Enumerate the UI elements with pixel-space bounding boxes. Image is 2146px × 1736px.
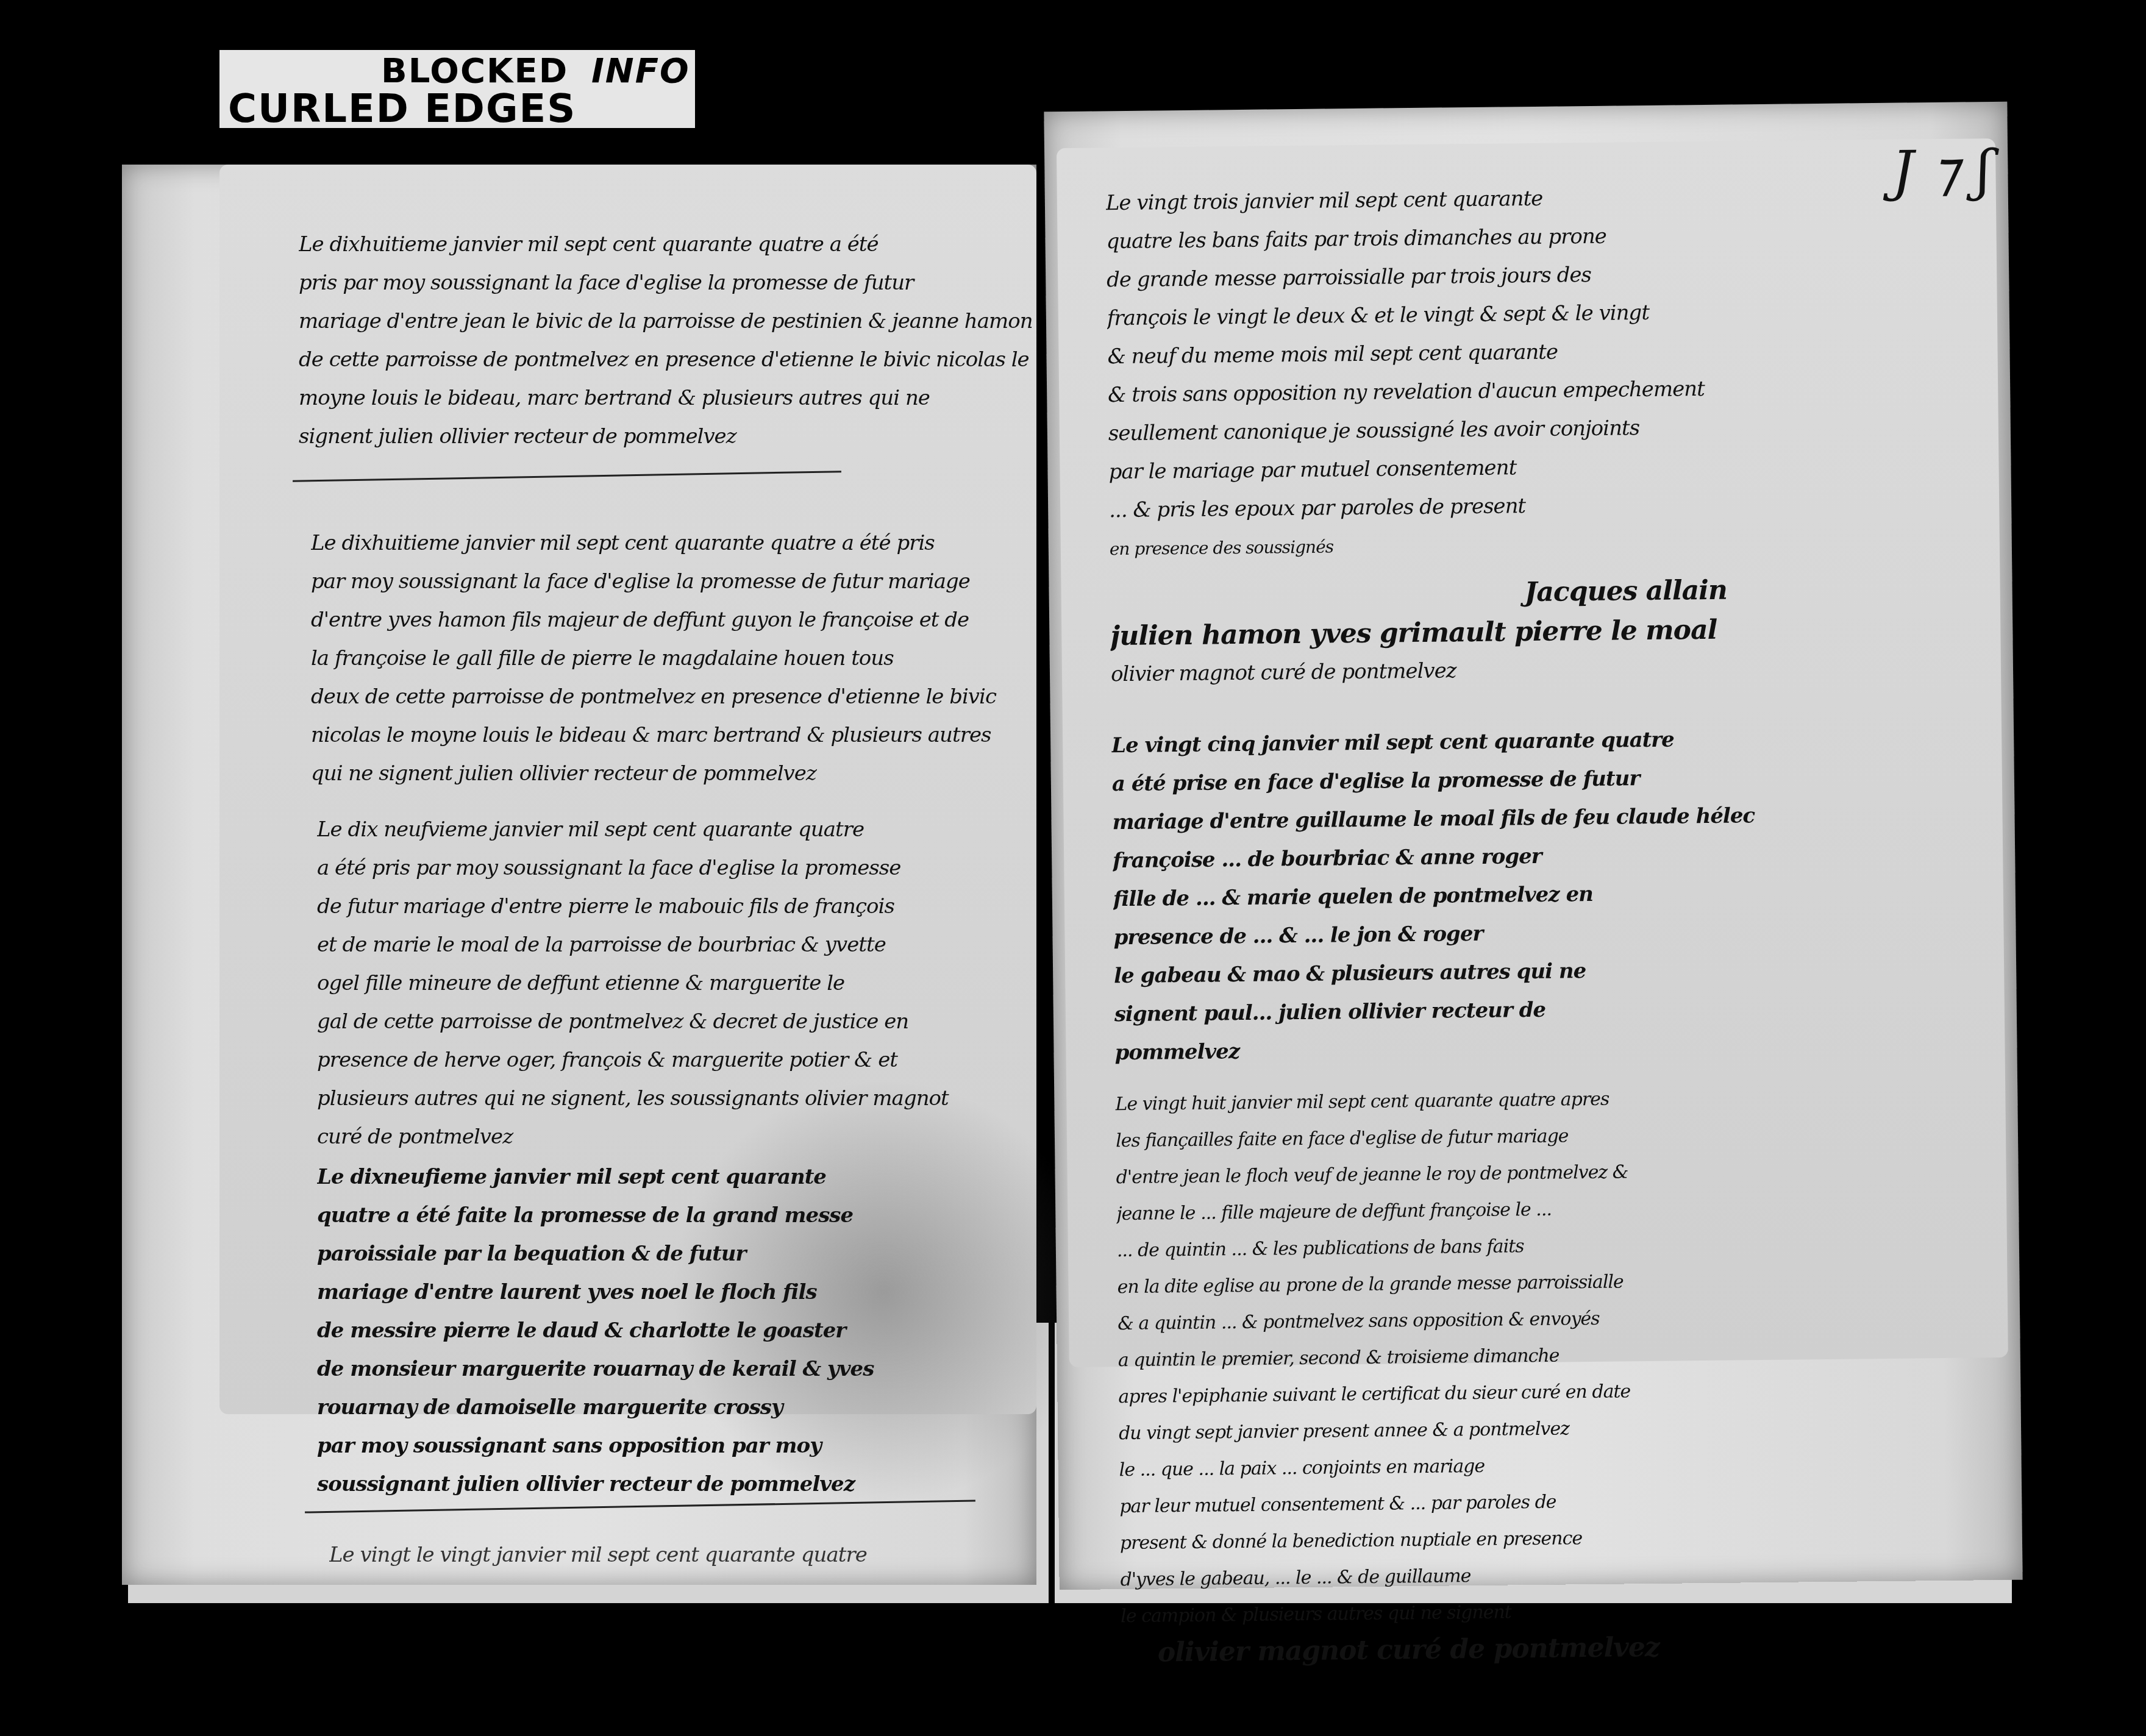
entry-line: ogel fille mineure de deffunt etienne & … [317, 964, 1110, 1003]
label-blocked: BLOCKED [381, 51, 568, 91]
right-page: J ⁊ ʃ Le vingt trois janvier mil sept ce… [1044, 102, 2022, 1590]
entry-line: plusieurs autres qui ne signent, les sou… [317, 1080, 1110, 1118]
entry-line: la françoise le gall fille de pierre le … [311, 639, 1103, 678]
right-entry-2: Le vingt cinq janvier mil sept cent quar… [1111, 718, 1969, 1073]
entry-line: gal de cette parroisse de pontmelvez & d… [317, 1003, 1110, 1041]
entry-line: d'entre yves hamon fils majeur de deffun… [311, 601, 1103, 639]
left-entry-2: Le dixhuitieme janvier mil sept cent qua… [311, 524, 1103, 793]
entry-line: Le vingt le vingt janvier mil sept cent … [329, 1536, 1030, 1574]
entry-line: et de marie le moal de la parroisse de b… [317, 926, 1110, 964]
left-entry-3: Le dix neufvieme janvier mil sept cent q… [317, 811, 1110, 1156]
entry-line: Le dix neufvieme janvier mil sept cent q… [317, 811, 1110, 849]
left-page: Le dixhuitieme janvier mil sept cent qua… [122, 165, 1036, 1585]
entry-line: presence de herve oger, françois & margu… [317, 1041, 1110, 1080]
right-entry-3: Le vingt huit janvier mil sept cent quar… [1115, 1077, 1987, 1671]
entry-line: Le dixneufieme janvier mil sept cent qua… [317, 1158, 1110, 1197]
label-curled-edges: CURLED EDGES [228, 87, 576, 132]
entry-line: soussignant julien ollivier recteur de p… [317, 1465, 1110, 1504]
right-entry-1-signatures-2: julien hamon yves grimault pierre le moa… [1110, 608, 1995, 694]
left-entry-1: Le dixhuitieme janvier mil sept cent qua… [299, 226, 1091, 456]
entry-line: signent julien ollivier recteur de pomme… [299, 418, 1091, 456]
entry-line: par moy soussignant sans opposition par … [317, 1427, 1110, 1465]
right-entry-1-signatures: Jacques allain [1280, 568, 2012, 614]
entry-line: Le dixhuitieme janvier mil sept cent qua… [299, 226, 1091, 264]
entry-line: de cette parroisse de pontmelvez en pres… [299, 341, 1091, 379]
label-info: INFO [591, 51, 690, 91]
entry-line: mariage d'entre jean le bivic de la parr… [299, 302, 1091, 341]
signature: Jacques allain [1280, 568, 2012, 614]
left-entry-5: Le vingt le vingt janvier mil sept cent … [329, 1536, 1030, 1574]
entry-line: paroissiale par la bequation & de futur [317, 1235, 1110, 1273]
entry-line: curé de pontmelvez [317, 1118, 1110, 1156]
entry-line: nicolas le moyne louis le bideau & marc … [311, 716, 1103, 755]
entry-line: qui ne signent julien ollivier recteur d… [311, 755, 1103, 793]
entry-line: Le dixhuitieme janvier mil sept cent qua… [311, 524, 1103, 563]
entry-line: de messire pierre le daud & charlotte le… [317, 1312, 1110, 1350]
entry-line: deux de cette parroisse de pontmelvez en… [311, 678, 1103, 716]
entry-line: de futur mariage d'entre pierre le mabou… [317, 888, 1110, 926]
entry-line: moyne louis le bideau, marc bertrand & p… [299, 379, 1091, 418]
entry-line: de monsieur marguerite rouarnay de kerai… [317, 1350, 1110, 1389]
entry-line: quatre a été faite la promesse de la gra… [317, 1197, 1110, 1235]
entry-line: a été pris par moy soussignant la face d… [317, 849, 1110, 888]
entry-line: mariage d'entre laurent yves noel le flo… [317, 1273, 1110, 1312]
left-entry-4: Le dixneufieme janvier mil sept cent qua… [317, 1158, 1110, 1504]
right-entry-1: Le vingt trois janvier mil sept cent qua… [1106, 176, 1964, 569]
entry-line: pris par moy soussignant la face d'eglis… [299, 264, 1091, 302]
entry-line: rouarnay de damoiselle marguerite crossy [317, 1389, 1110, 1427]
entry-line: par moy soussignant la face d'eglise la … [311, 563, 1103, 601]
archival-label: BLOCKED INFO CURLED EDGES [219, 50, 695, 128]
